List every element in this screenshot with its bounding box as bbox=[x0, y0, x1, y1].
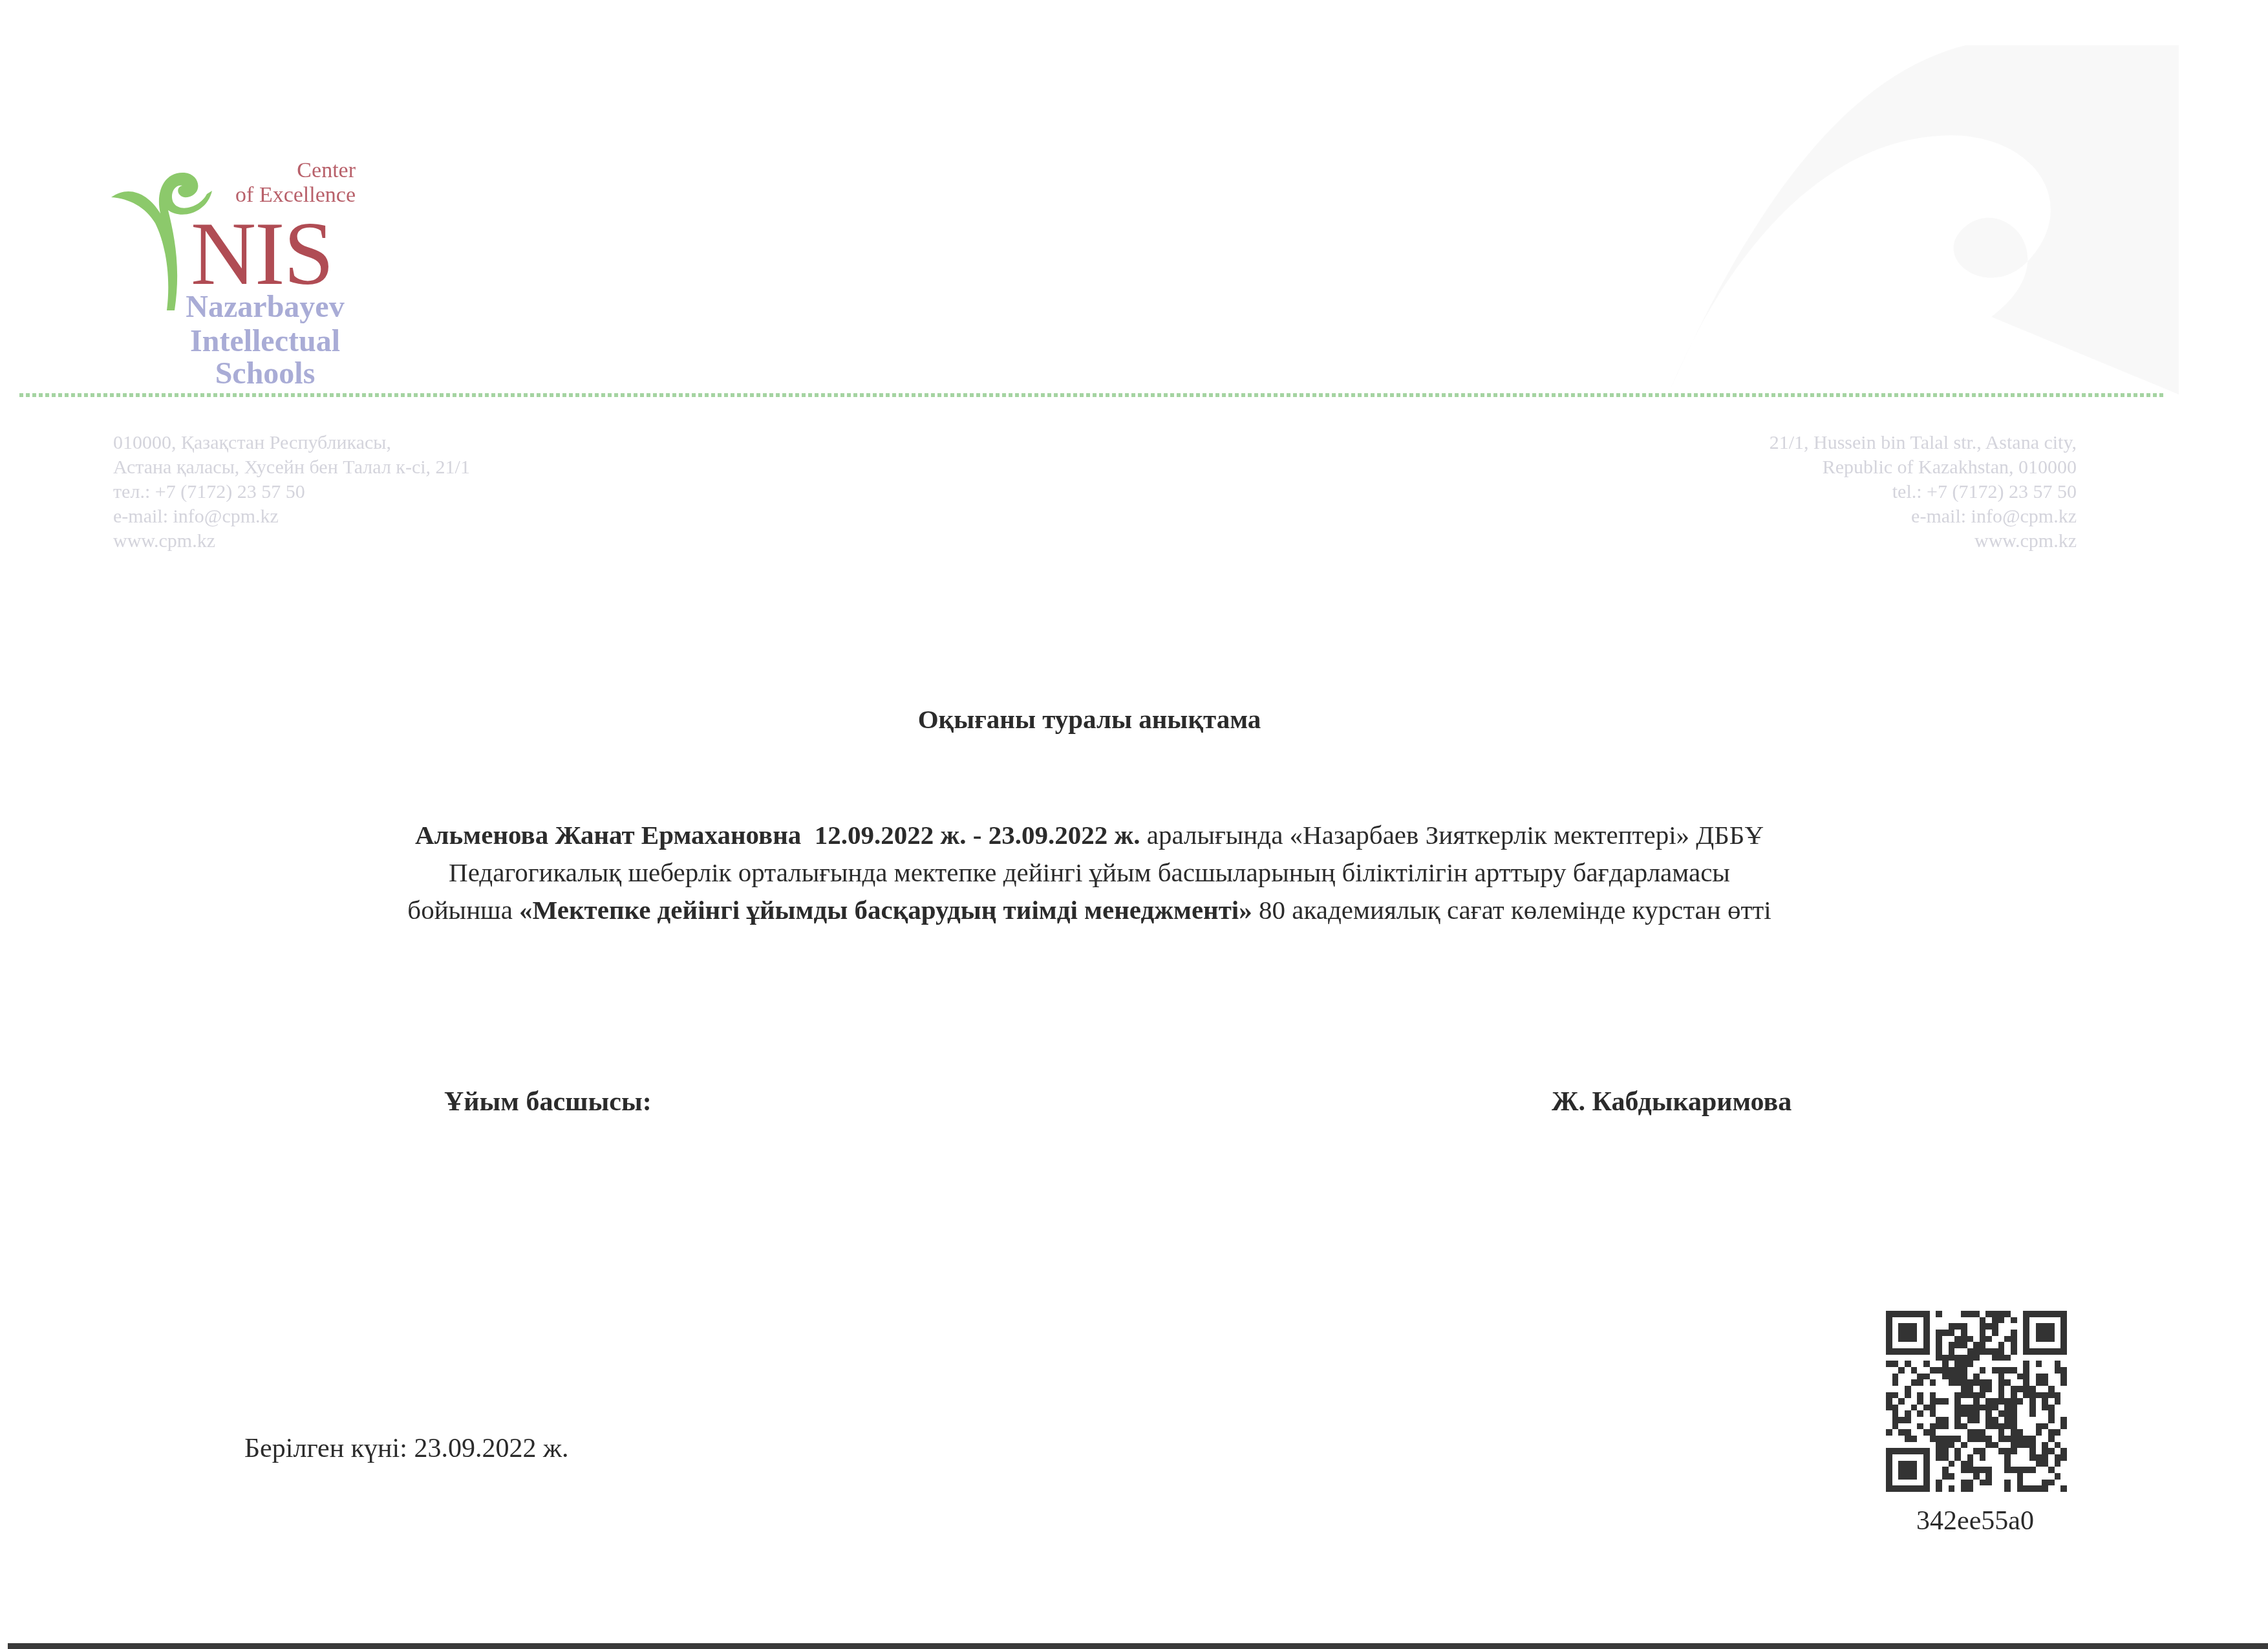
body-text-suffix: 80 академиялық сағат көлемінде курстан ө… bbox=[1252, 895, 1771, 925]
body-text-1: аралығында «Назарбаев Зияткерлік мектепт… bbox=[1140, 820, 1764, 850]
address-email: e-mail: info@cpm.kz bbox=[1770, 504, 2077, 529]
logo-center-text: Center bbox=[297, 158, 356, 183]
recipient-name: Альменова Жанат Ермахановна bbox=[415, 820, 801, 850]
logo-acronym: NIS bbox=[191, 209, 333, 299]
signatory-name: Ж. Кабдыкаримова bbox=[1552, 1086, 1792, 1117]
body-line-3: бойынша «Мектепке дейінгі ұйымды басқару… bbox=[91, 891, 2088, 929]
logo-name-3: Schools bbox=[168, 358, 362, 390]
logo-name-1: Nazarbayev bbox=[168, 291, 362, 323]
verification-code: 342ee55a0 bbox=[1875, 1505, 2075, 1536]
address-phone: tel.: +7 (7172) 23 57 50 bbox=[1770, 480, 2077, 504]
nis-logo: Center of Excellence NIS Nazarbayev Inte… bbox=[110, 152, 356, 391]
course-period: 12.09.2022 ж. - 23.09.2022 ж. bbox=[815, 820, 1140, 850]
address-website: www.cpm.kz bbox=[113, 529, 470, 554]
address-phone: тел.: +7 (7172) 23 57 50 bbox=[113, 480, 470, 504]
scan-edge bbox=[8, 1643, 2268, 1649]
address-line: Republic of Kazakhstan, 010000 bbox=[1770, 455, 2077, 480]
issue-date: Берілген күні: 23.09.2022 ж. bbox=[244, 1433, 568, 1464]
address-kazakh: 010000, Қазақстан Республикасы, Астана қ… bbox=[113, 431, 470, 554]
address-english: 21/1, Hussein bin Talal str., Astana cit… bbox=[1770, 431, 2077, 554]
address-line: Астана қаласы, Хусейн бен Талал к-сі, 21… bbox=[113, 455, 470, 480]
body-text-prefix: бойынша bbox=[407, 895, 519, 925]
address-line: 21/1, Hussein bin Talal str., Astana cit… bbox=[1770, 431, 2077, 455]
logo-name-2: Intellectual bbox=[168, 325, 362, 358]
address-website: www.cpm.kz bbox=[1770, 529, 2077, 554]
certificate-body: Альменова Жанат Ермахановна 12.09.2022 ж… bbox=[91, 816, 2088, 929]
qr-code-icon bbox=[1886, 1311, 2067, 1492]
course-name: «Мектепке дейінгі ұйымды басқарудың тиім… bbox=[519, 895, 1252, 925]
watermark-ornament-icon bbox=[1668, 45, 2179, 394]
body-line-1: Альменова Жанат Ермахановна 12.09.2022 ж… bbox=[91, 816, 2088, 854]
body-line-2: Педагогикалық шеберлік орталығында мекте… bbox=[91, 854, 2088, 891]
header-separator bbox=[19, 393, 2166, 397]
signatory-label: Ұйым басшысы: bbox=[444, 1086, 652, 1117]
document-title: Оқығаны туралы анықтама bbox=[0, 704, 2179, 735]
address-line: 010000, Қазақстан Республикасы, bbox=[113, 431, 470, 455]
address-email: e-mail: info@cpm.kz bbox=[113, 504, 470, 529]
